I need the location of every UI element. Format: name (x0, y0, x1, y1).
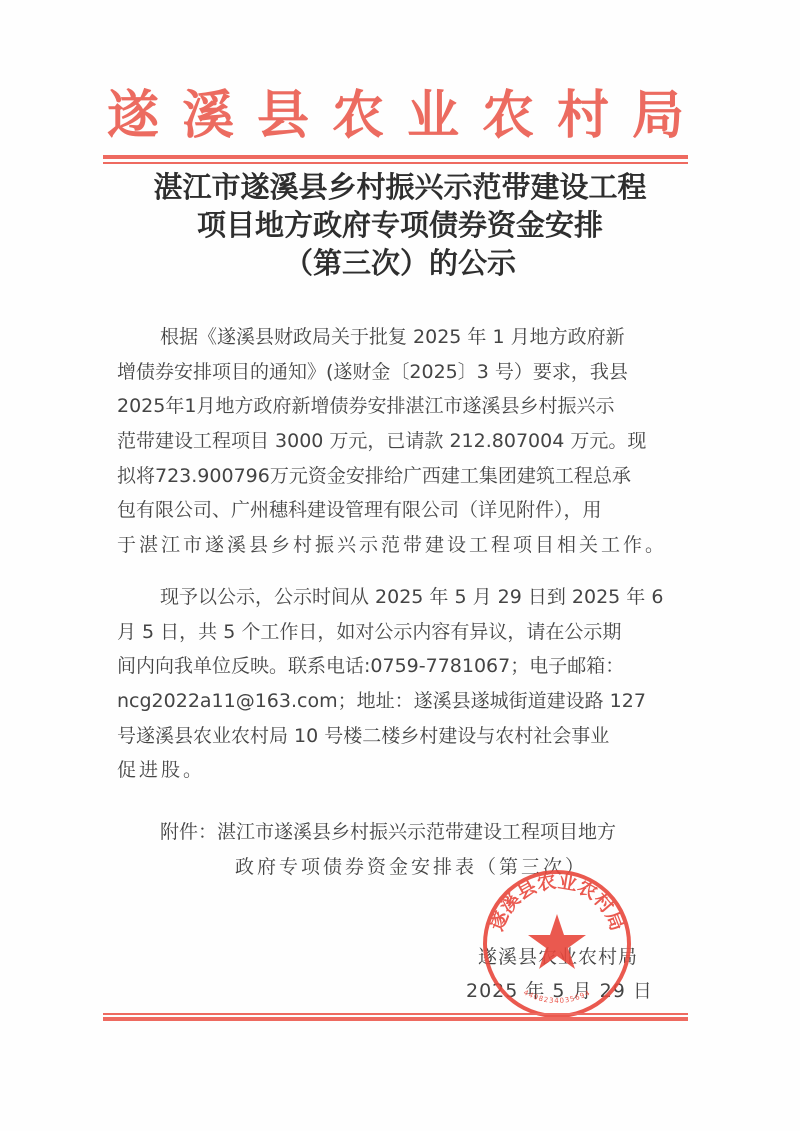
header-divider-thick (103, 155, 688, 159)
paragraph-line: 月 5 日，共 5 个工作日，如对公示内容有异议，请在公示期 (117, 615, 677, 650)
svg-text:4408234035694: 4408234035694 (522, 989, 592, 1005)
body-paragraph-1: 根据《遂溪县财政局关于批复 2025 年 1 月地方政府新 增债券安排项目的通知… (117, 320, 677, 563)
attachment-line: 附件：湛江市遂溪县乡村振兴示范带建设工程项目地方 (160, 815, 675, 850)
paragraph-line: 根据《遂溪县财政局关于批复 2025 年 1 月地方政府新 (117, 320, 677, 355)
letterhead-char: 村 (553, 80, 613, 152)
paragraph-line: 包有限公司、广州穗科建设管理有限公司（详见附件），用 (117, 493, 677, 528)
contact-email-line: ncg2022a11@163.com；地址：遂溪县遂城街道建设路 127 (117, 684, 677, 719)
letterhead-char: 溪 (178, 80, 238, 152)
letterhead-char: 农 (328, 80, 388, 152)
paragraph-line: 现予以公示，公示时间从 2025 年 5 月 29 日到 2025 年 6 (117, 580, 677, 615)
title-line: 湛江市遂溪县乡村振兴示范带建设工程 (100, 168, 700, 206)
letterhead-title: 遂 溪 县 农 业 农 村 局 (103, 80, 688, 152)
title-line: （第三次）的公示 (100, 244, 700, 282)
paragraph-line: 号遂溪县农业农村局 10 号楼二楼乡村建设与农村社会事业 (117, 719, 677, 754)
body-paragraph-2: 现予以公示，公示时间从 2025 年 5 月 29 日到 2025 年 6 月 … (117, 580, 677, 788)
letterhead-char: 农 (478, 80, 538, 152)
paragraph-line: 促进股。 (117, 753, 677, 788)
paragraph-line: 增债券安排项目的通知》(遂财金〔2025〕3 号）要求，我县 (117, 355, 677, 390)
paragraph-line: 于湛江市遂溪县乡村振兴示范带建设工程项目相关工作。 (117, 528, 677, 563)
seal-serial: 4408234035694 (522, 989, 592, 1005)
document-page: 遂 溪 县 农 业 农 村 局 湛江市遂溪县乡村振兴示范带建设工程 项目地方政府… (0, 0, 800, 1131)
document-title: 湛江市遂溪县乡村振兴示范带建设工程 项目地方政府专项债券资金安排 （第三次）的公… (100, 168, 700, 282)
paragraph-line: 拟将723.900796万元资金安排给广西建工集团建筑工程总承 (117, 459, 677, 494)
paragraph-line: 间内向我单位反映。联系电话:0759-7781067；电子邮箱： (117, 649, 677, 684)
title-line: 项目地方政府专项债券资金安排 (100, 206, 700, 244)
letterhead-char: 遂 (103, 80, 163, 152)
paragraph-line: 范带建设工程项目 3000 万元，已请款 212.807004 万元。现 (117, 424, 677, 459)
footer-divider-thick (103, 1017, 688, 1021)
letterhead-char: 局 (628, 80, 688, 152)
header-divider-thin (103, 162, 688, 164)
footer-divider-thin (103, 1013, 688, 1015)
official-seal-icon: 遂溪县农业农村局 4408234035694 (482, 869, 632, 1019)
paragraph-line: 2025年1月地方政府新增债券安排湛江市遂溪县乡村振兴示 (117, 389, 677, 424)
letterhead-char: 业 (403, 80, 463, 152)
letterhead-char: 县 (253, 80, 313, 152)
